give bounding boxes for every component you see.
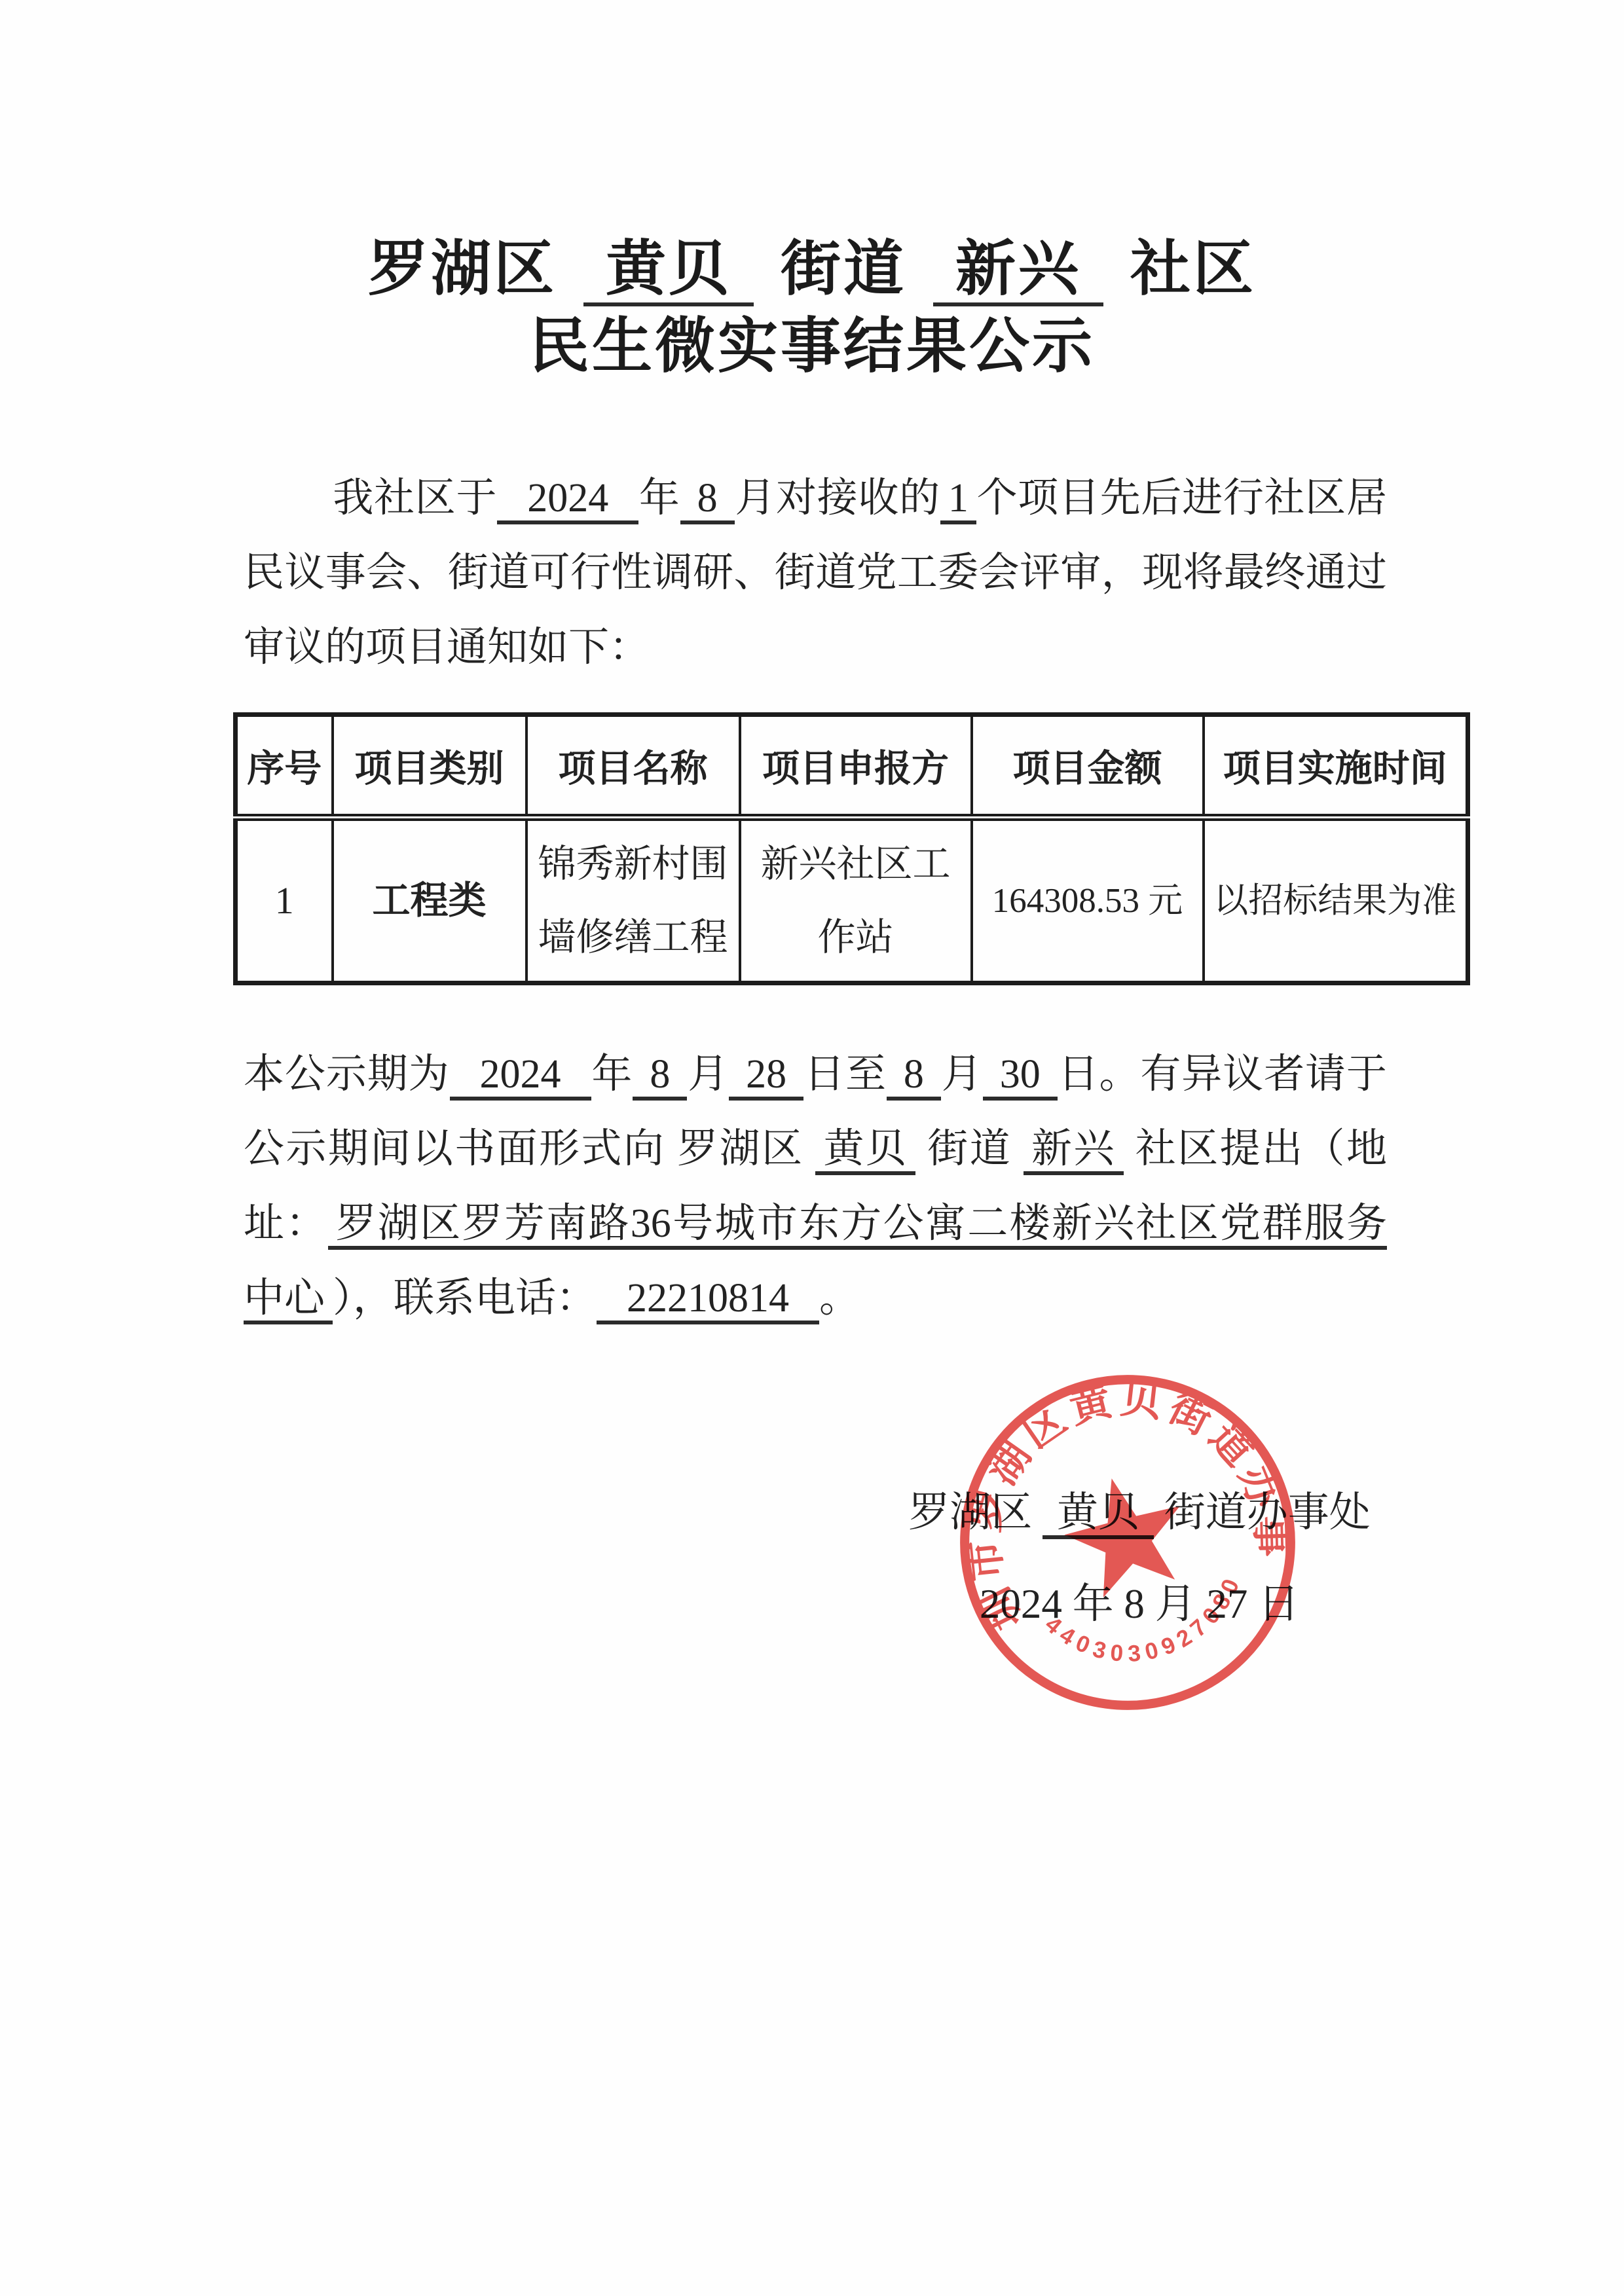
year-blank: 2024: [497, 476, 638, 524]
intro-text-3: 月对接收的: [735, 476, 940, 520]
signature-district: 罗湖区: [908, 1489, 1043, 1535]
cell-project-name: 锦秀新村围墙修缮工程: [526, 818, 740, 983]
notice-day2-blank: 30: [983, 1052, 1058, 1101]
notice-text-10: ），联系电话：: [333, 1276, 597, 1321]
cell-amount: 164308.53 元: [972, 818, 1204, 983]
notice-text-7: 罗湖区: [677, 1127, 815, 1171]
document-page: 罗湖区 黄贝 街道 新兴 社区 民生微实事结果公示 我社区于2024年8月对接收…: [0, 0, 1624, 2296]
notice-text-4: 日至: [803, 1052, 887, 1097]
notice-text-2: 年: [591, 1052, 633, 1097]
cell-index: 1: [236, 818, 333, 983]
cell-category: 工程类: [333, 818, 526, 983]
notice-day1-blank: 28: [729, 1052, 803, 1101]
notice-month2-blank: 8: [887, 1052, 941, 1101]
header-schedule: 项目实施时间: [1204, 715, 1468, 818]
intro-text-1: 我社区于: [333, 476, 497, 520]
header-amount: 项目金额: [972, 715, 1204, 818]
signature-date: 2024 年 8 月 27 日: [838, 1558, 1441, 1650]
cell-schedule: 以招标结果为准: [1204, 818, 1468, 983]
notice-text-1: 本公示期为: [244, 1052, 450, 1097]
notice-month1-blank: 8: [633, 1052, 687, 1101]
title-line-1: 罗湖区 黄贝 街道 新兴 社区: [0, 230, 1624, 308]
title-district: 罗湖区: [368, 236, 557, 302]
notice-text-8: 街道: [915, 1127, 1024, 1171]
notice-text-3: 月: [687, 1052, 729, 1097]
title-community-blank: 新兴: [933, 236, 1103, 306]
notice-street-blank: 黄贝: [815, 1127, 915, 1175]
table-row: 1 工程类 锦秀新村围墙修缮工程 新兴社区工作站 164308.53 元 以招标…: [236, 818, 1468, 983]
project-table-wrapper: 序号 项目类别 项目名称 项目申报方 项目金额 项目实施时间 1 工程类 锦秀新…: [233, 712, 1470, 985]
title-line-2: 民生微实事结果公示: [0, 308, 1624, 385]
header-category: 项目类别: [333, 715, 526, 818]
signature-street-blank: 黄贝: [1043, 1489, 1154, 1539]
signature-office: 街道办事处: [1154, 1489, 1371, 1535]
notice-text-11: 。: [819, 1276, 860, 1321]
intro-text-2: 年: [638, 476, 680, 520]
notice-paragraph: 本公示期为2024年8月28日至8月30日。有异议者请于公示期间以书面形式向 罗…: [244, 1037, 1387, 1336]
project-count-blank: 1: [940, 476, 976, 524]
title-street-label: 街道: [781, 236, 906, 302]
header-project-name: 项目名称: [526, 715, 740, 818]
notice-year-blank: 2024: [450, 1052, 591, 1101]
signature-line: 罗湖区 黄贝 街道办事处: [838, 1467, 1441, 1558]
project-table: 序号 项目类别 项目名称 项目申报方 项目金额 项目实施时间 1 工程类 锦秀新…: [233, 712, 1470, 985]
phone-blank: 22210814: [597, 1276, 819, 1324]
notice-community-blank: 新兴: [1024, 1127, 1124, 1175]
notice-text-5: 月: [941, 1052, 983, 1097]
intro-paragraph: 我社区于2024年8月对接收的1个项目先后进行社区居民议事会、街道可行性调研、街…: [244, 461, 1387, 685]
table-header-row: 序号 项目类别 项目名称 项目申报方 项目金额 项目实施时间: [236, 715, 1468, 818]
title-community-label: 社区: [1130, 236, 1256, 302]
month-blank: 8: [680, 476, 735, 524]
header-applicant: 项目申报方: [740, 715, 972, 818]
header-index: 序号: [236, 715, 333, 818]
signature-block: 罗湖区 黄贝 街道办事处 2024 年 8 月 27 日: [838, 1467, 1441, 1650]
cell-applicant: 新兴社区工作站: [740, 818, 972, 983]
page-title: 罗湖区 黄贝 街道 新兴 社区 民生微实事结果公示: [0, 230, 1624, 385]
title-street-blank: 黄贝: [583, 236, 754, 306]
